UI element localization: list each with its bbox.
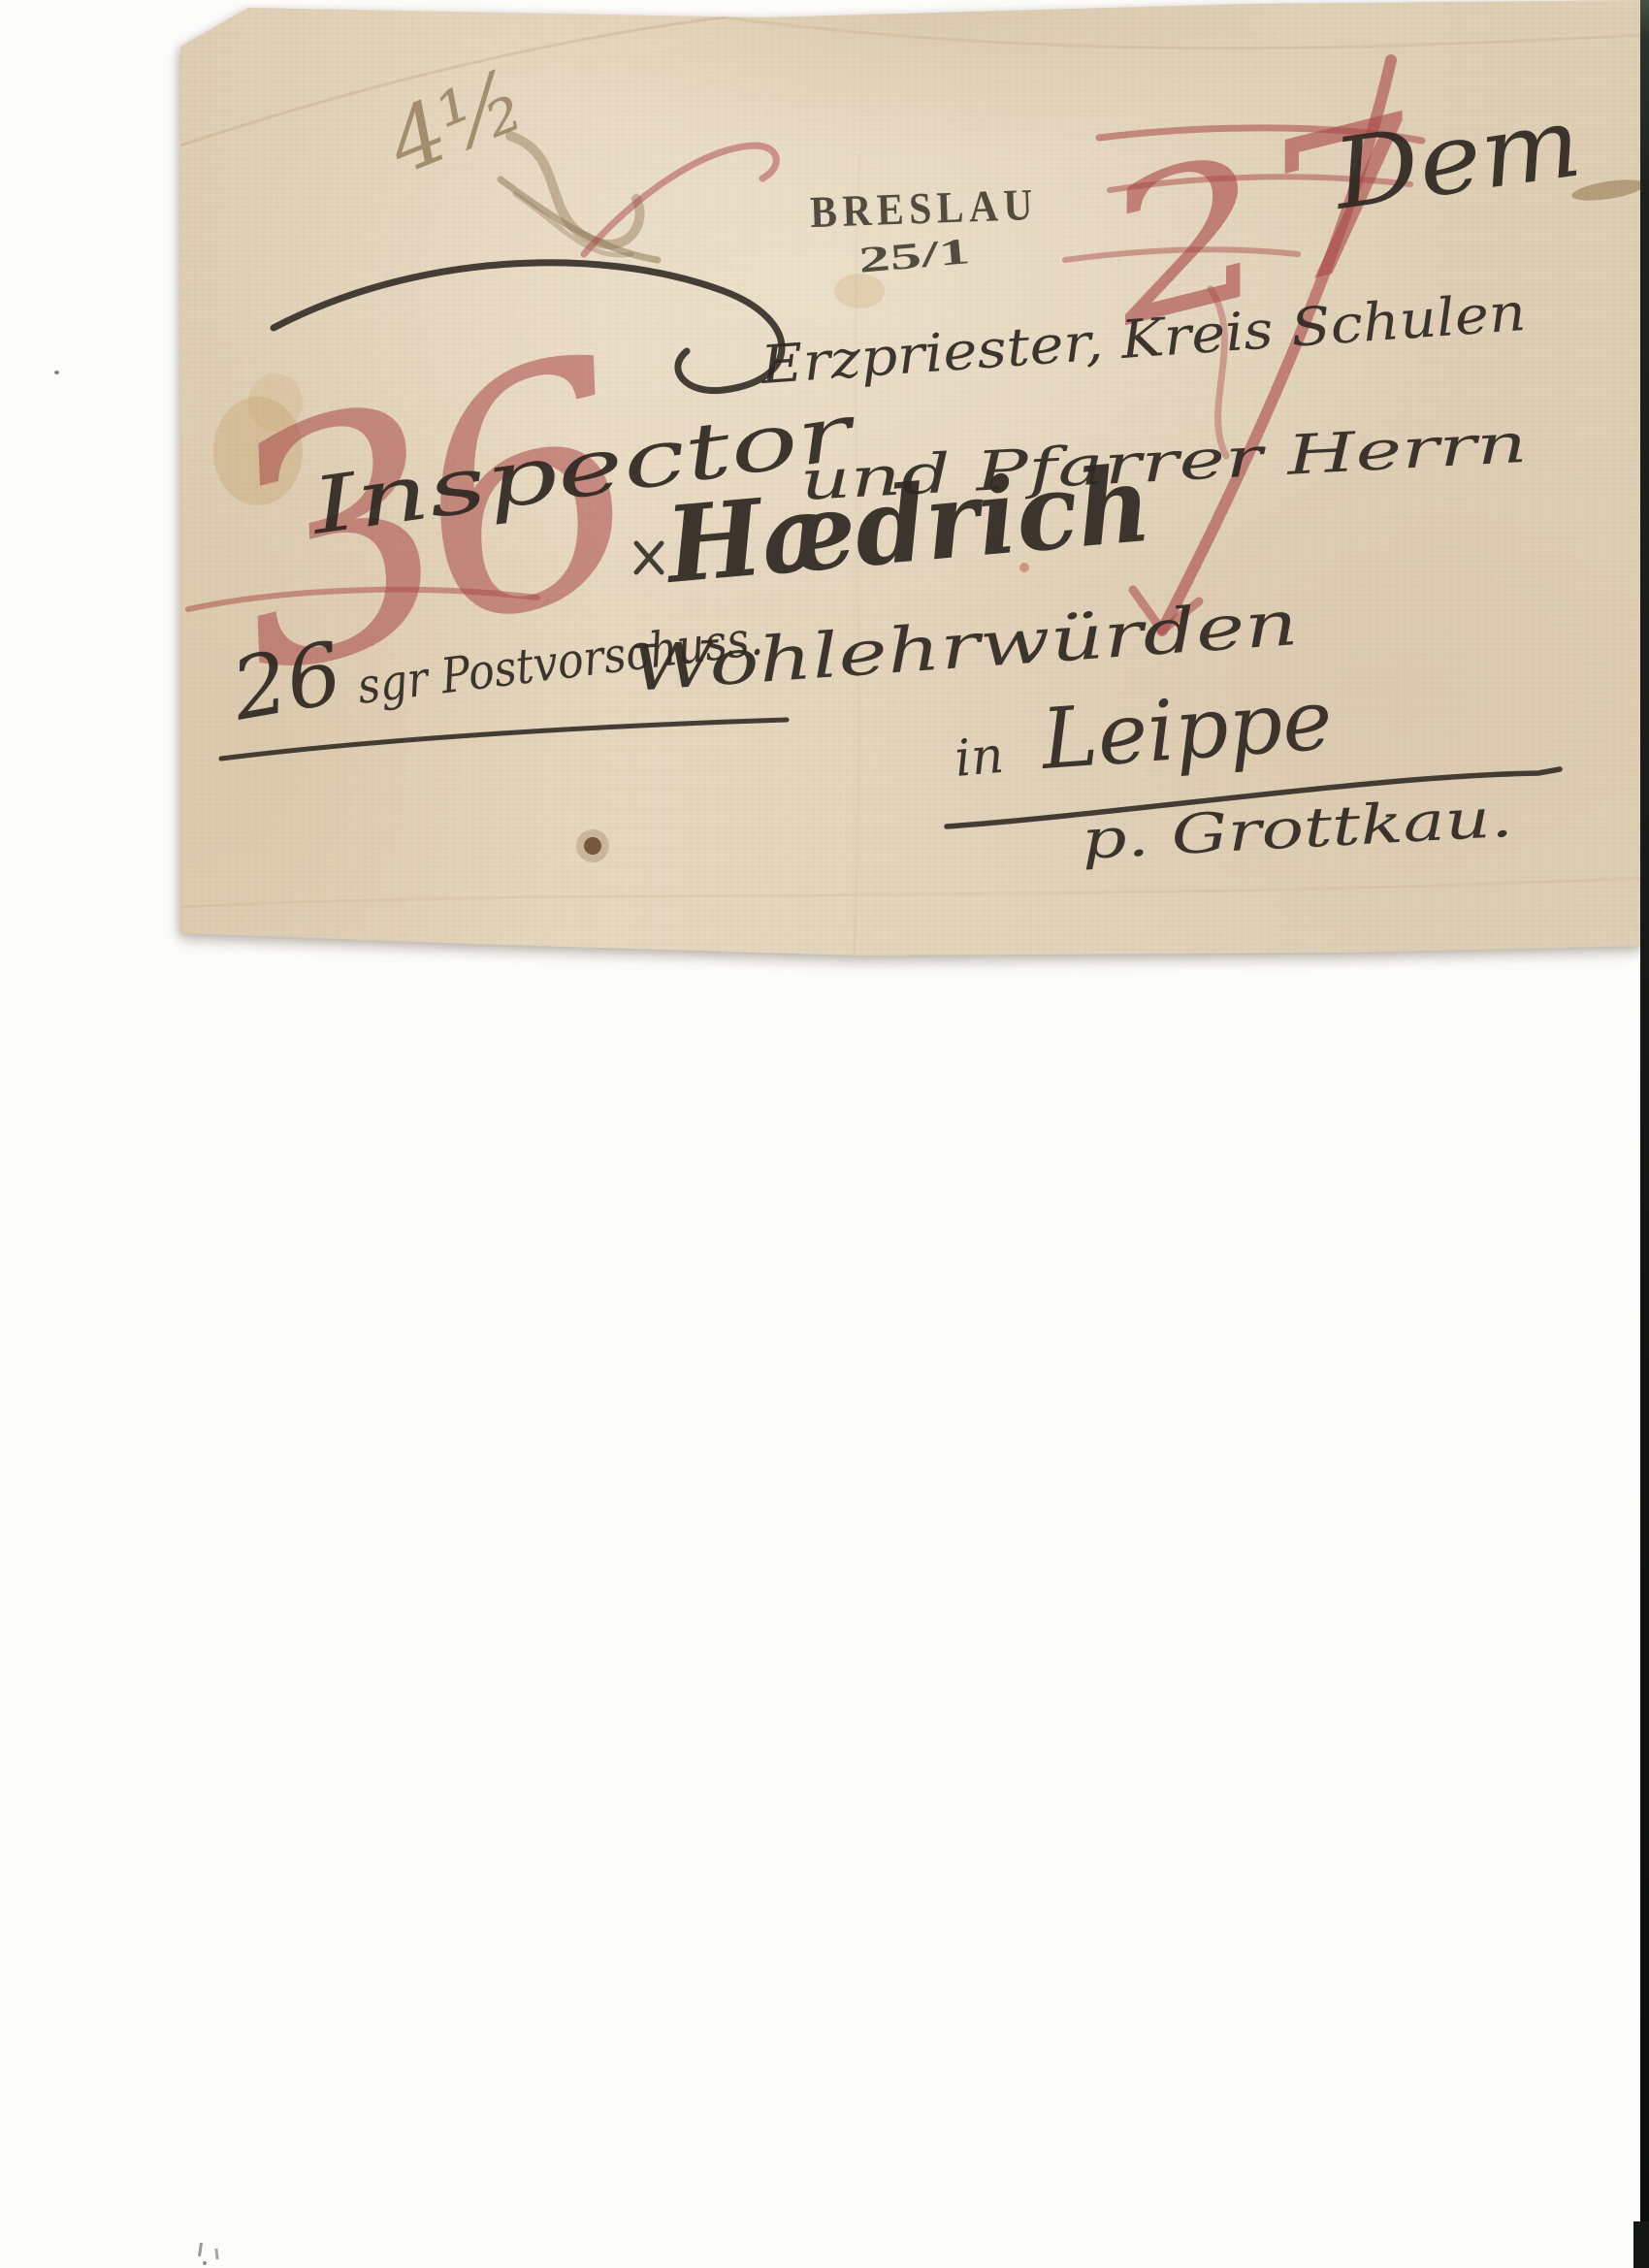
place-prefix: in — [953, 727, 1006, 789]
scanner-edge-corner — [1633, 2221, 1649, 2268]
handwriting-layer: 4½ 27 36 BRESLA — [180, 0, 1642, 956]
ink-cross-mark — [636, 543, 662, 572]
routing-note: p. Grottkau. — [1080, 787, 1514, 872]
pencil-rate: 4½ — [372, 49, 538, 194]
postmark: BRESLAU 25/1 — [809, 179, 1039, 281]
pencil-rate-mark: 4½ — [372, 49, 658, 260]
stray-ink-fleck — [54, 371, 59, 374]
scan-artifact-mark — [214, 2249, 218, 2259]
letter-cover: 4½ 27 36 BRESLA — [180, 0, 1642, 956]
scanned-letter-page: 4½ 27 36 BRESLA — [0, 0, 1649, 2268]
letter-cover-wrap: 4½ 27 36 BRESLA — [180, 0, 1642, 956]
note-value: 26 — [224, 623, 349, 740]
red-flourish — [584, 146, 776, 254]
postmark-city: BRESLAU — [809, 179, 1039, 237]
place-name: Leippe — [1036, 671, 1335, 789]
scan-artifact-mark — [198, 2243, 203, 2256]
postmark-date: 25/1 — [857, 231, 972, 281]
scanner-edge-strip — [1640, 0, 1649, 2268]
scan-artifact-dot — [203, 2261, 207, 2265]
